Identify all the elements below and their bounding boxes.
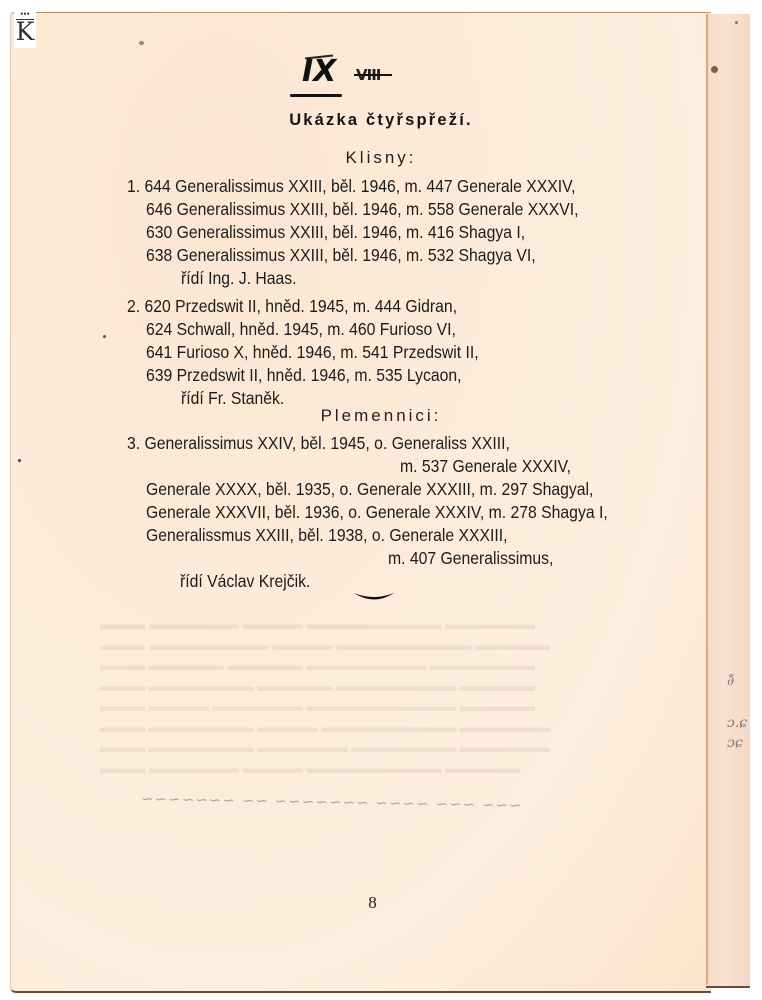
logo-letter: K [14,20,36,44]
entry-line: 3. Generalissimus XXIV, běl. 1945, o. Ge… [127,432,510,454]
entry-line-continuation: m. 407 Generalissimus, [388,547,553,569]
entry-line: 639 Przedswit II, hněd. 1946, m. 535 Lyc… [146,364,461,386]
entry-line: 630 Generalissimus XXIII, běl. 1946, m. … [146,221,525,243]
page-number: 8 [0,893,745,913]
section-heading-plemennici: Plemennici: [0,406,762,426]
entry-line-continuation: m. 537 Generale XXXIV, [400,455,571,477]
foxing-spot [103,335,106,338]
entry-line: 2. 620 Przedswit II, hněd. 1945, m. 444 … [127,295,457,317]
publisher-logo: ••• K [14,10,36,48]
foxing-spot [735,21,738,24]
show-through-texture: ▬▬▬ ▬▬▬▬▬▬ ▬▬▬▬ ▬▬▬▬▬▬▬▬▬ ▬▬▬▬▬▬ ▬▬▬ ▬▬▬… [100,615,640,779]
entry-line: 641 Furioso X, hněd. 1946, m. 541 Przeds… [146,341,479,363]
foxing-spot [18,459,21,462]
entry-line: 1. 644 Generalissimus XXIII, běl. 1946, … [127,175,576,197]
entry-line: 624 Schwall, hněd. 1945, m. 460 Furioso … [146,318,456,340]
margin-pencil-mark: ɔ.ɕ [727,715,747,731]
entry-line: Generale XXXX, běl. 1935, o. Generale XX… [146,478,593,500]
foxing-spot [711,66,718,73]
entry-line: 646 Generalissimus XXIII, běl. 1946, m. … [146,198,578,220]
driver-line: řídí Václav Krejčik. [180,570,310,592]
foxing-spot [139,41,144,45]
handwritten-current-number: IX [302,54,336,89]
driver-line: řídí Ing. J. Haas. [181,267,297,289]
margin-pencil-mark: ɔɕ [727,735,743,751]
section-heading-klisny: Klisny: [0,148,762,168]
entry-line: 638 Generalissimus XXIII, běl. 1946, m. … [146,244,536,266]
handwritten-section-number: IX VIII [290,54,420,99]
strikethrough-line [354,74,392,76]
page-title: Ukázka čtyřspřeží. [0,111,762,130]
entry-line: Generalissmus XXIII, běl. 1938, o. Gener… [146,524,508,546]
entry-line: Generale XXXVII, běl. 1936, o. Generale … [146,501,608,523]
handwritten-underline [290,94,342,97]
margin-pencil-mark: ∂̃ [727,673,734,689]
ornament-swash-icon [352,590,396,604]
